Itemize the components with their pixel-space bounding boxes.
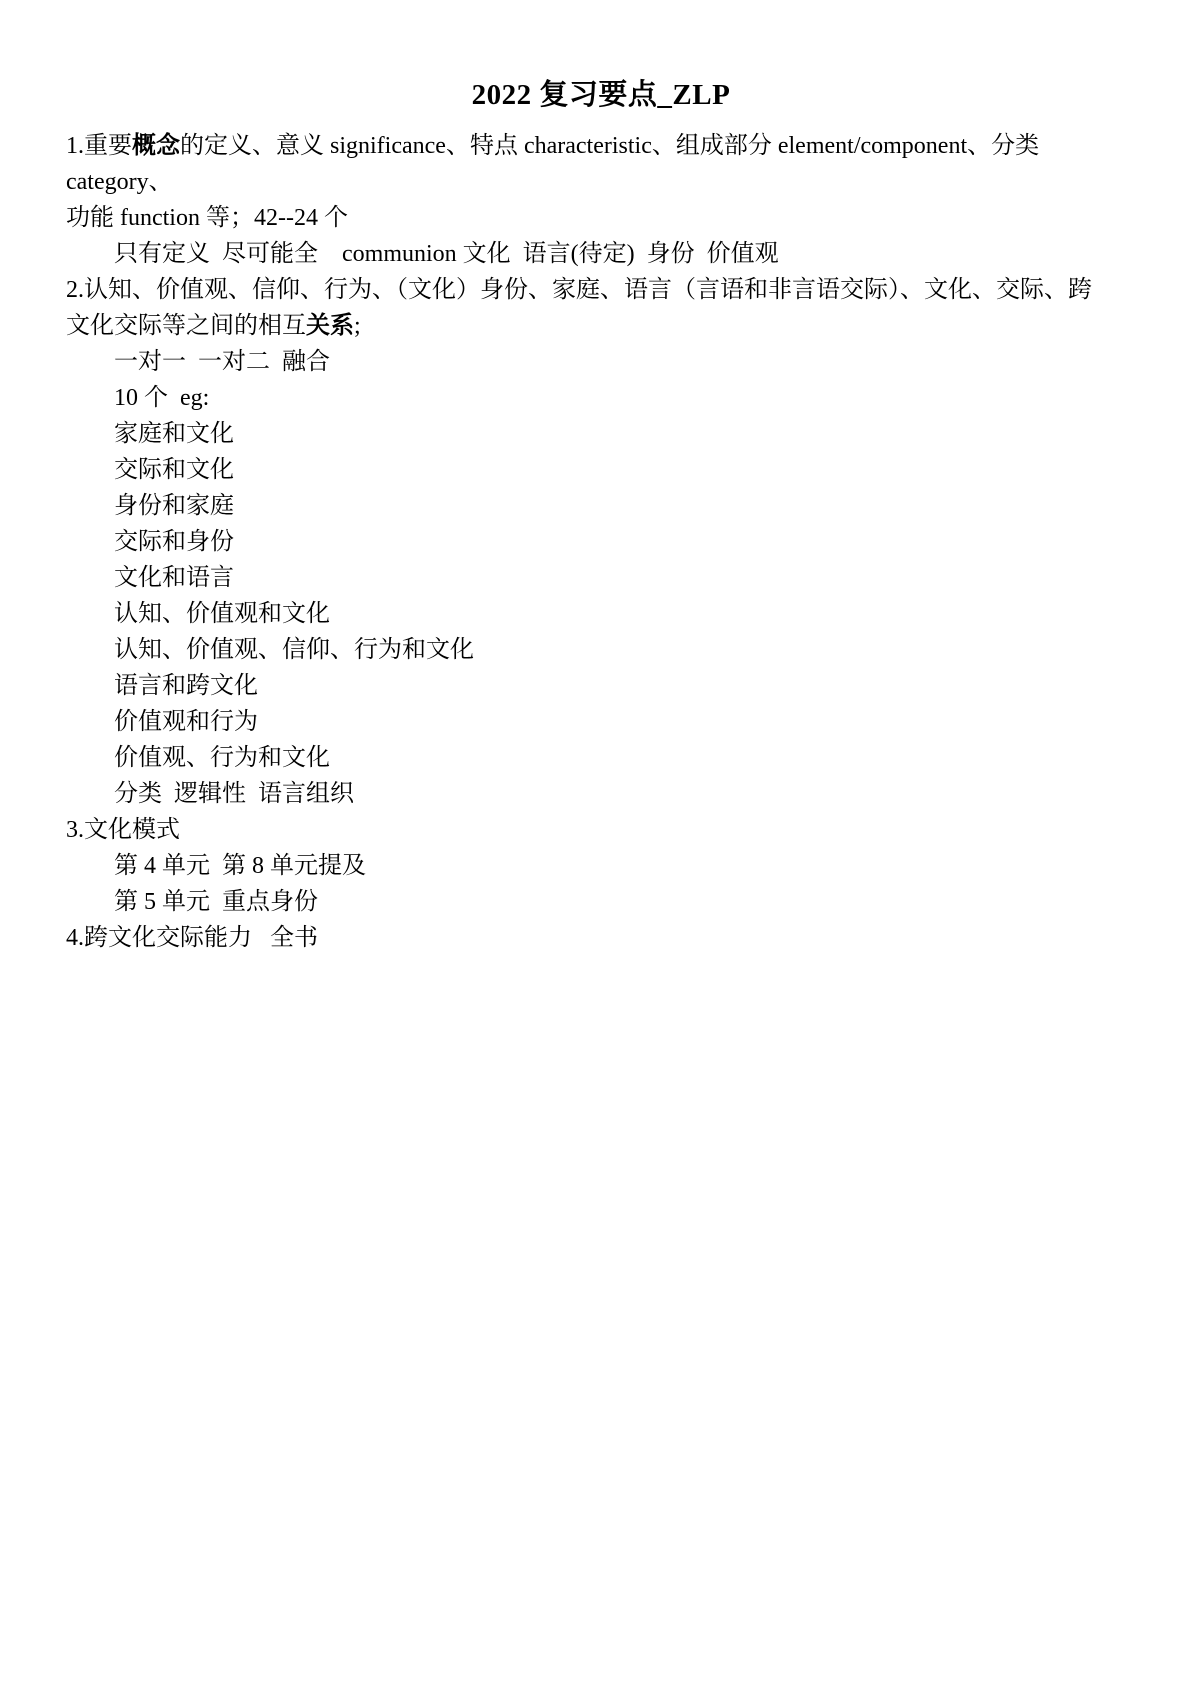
text-segment: 认知、价值观和文化 [114,601,330,627]
doc-line-8: 家庭和文化 [66,416,1136,452]
text-segment: 文化交际等之间的相互 [66,313,306,339]
doc-line-10: 身份和家庭 [66,488,1136,524]
bold-text-segment: 概念 [132,133,180,159]
doc-line-7: 10 个 eg: [66,380,1136,416]
text-segment: 文化和语言 [114,565,234,591]
document-page: 2022 复习要点_ZLP 1.重要概念的定义、意义 significance、… [0,0,1200,1696]
text-segment: 语言和跨文化 [114,673,258,699]
doc-line-18: 分类 逻辑性 语言组织 [66,776,1136,812]
text-segment: 的定义、意义 significance、特点 characteristic、组成… [66,133,1045,195]
doc-line-20: 第 4 单元 第 8 单元提及 [66,848,1136,884]
doc-line-11: 交际和身份 [66,524,1136,560]
doc-line-17: 价值观、行为和文化 [66,740,1136,776]
doc-line-5: 文化交际等之间的相互关系; [66,308,1136,344]
doc-line-3: 只有定义 尽可能全 communion 文化 语言(待定) 身份 价值观 [66,236,1136,272]
doc-line-21: 第 5 单元 重点身份 [66,884,1136,920]
text-segment: 认知、价值观、信仰、行为和文化 [114,637,474,663]
text-segment: 功能 function 等；42--24 个 [66,205,348,231]
text-segment: 一对一 一对二 融合 [114,349,330,375]
text-segment: 2.认知、价值观、信仰、行为、（文化）身份、家庭、语言（言语和非言语交际）、文化… [66,277,1092,303]
document-content: 2022 复习要点_ZLP 1.重要概念的定义、意义 significance、… [0,0,1200,956]
doc-line-14: 认知、价值观、信仰、行为和文化 [66,632,1136,668]
doc-line-9: 交际和文化 [66,452,1136,488]
document-body: 1.重要概念的定义、意义 significance、特点 characteris… [66,128,1136,956]
text-segment: 价值观、行为和文化 [114,745,330,771]
text-segment: 10 个 eg: [114,385,209,411]
doc-line-2: 功能 function 等；42--24 个 [66,200,1136,236]
doc-line-6: 一对一 一对二 融合 [66,344,1136,380]
doc-line-16: 价值观和行为 [66,704,1136,740]
text-segment: 家庭和文化 [114,421,234,447]
doc-line-13: 认知、价值观和文化 [66,596,1136,632]
text-segment: 1.重要 [66,133,132,159]
doc-line-22: 4.跨文化交际能力 全书 [66,920,1136,956]
document-title: 2022 复习要点_ZLP [66,78,1136,112]
text-segment: 分类 逻辑性 语言组织 [114,781,354,807]
text-segment: 4.跨文化交际能力 全书 [66,925,318,951]
text-segment: 只有定义 尽可能全 communion 文化 语言(待定) 身份 价值观 [114,241,779,267]
doc-line-12: 文化和语言 [66,560,1136,596]
doc-line-4: 2.认知、价值观、信仰、行为、（文化）身份、家庭、语言（言语和非言语交际）、文化… [66,272,1136,308]
doc-line-15: 语言和跨文化 [66,668,1136,704]
text-segment: 交际和身份 [114,529,234,555]
text-segment: 第 5 单元 重点身份 [114,889,318,915]
text-segment: ; [354,313,361,339]
text-segment: 价值观和行为 [114,709,258,735]
bold-text-segment: 关系 [306,313,354,339]
text-segment: 交际和文化 [114,457,234,483]
text-segment: 第 4 单元 第 8 单元提及 [114,853,366,879]
doc-line-19: 3.文化模式 [66,812,1136,848]
text-segment: 身份和家庭 [114,493,234,519]
doc-line-1: 1.重要概念的定义、意义 significance、特点 characteris… [66,128,1136,200]
text-segment: 3.文化模式 [66,817,180,843]
